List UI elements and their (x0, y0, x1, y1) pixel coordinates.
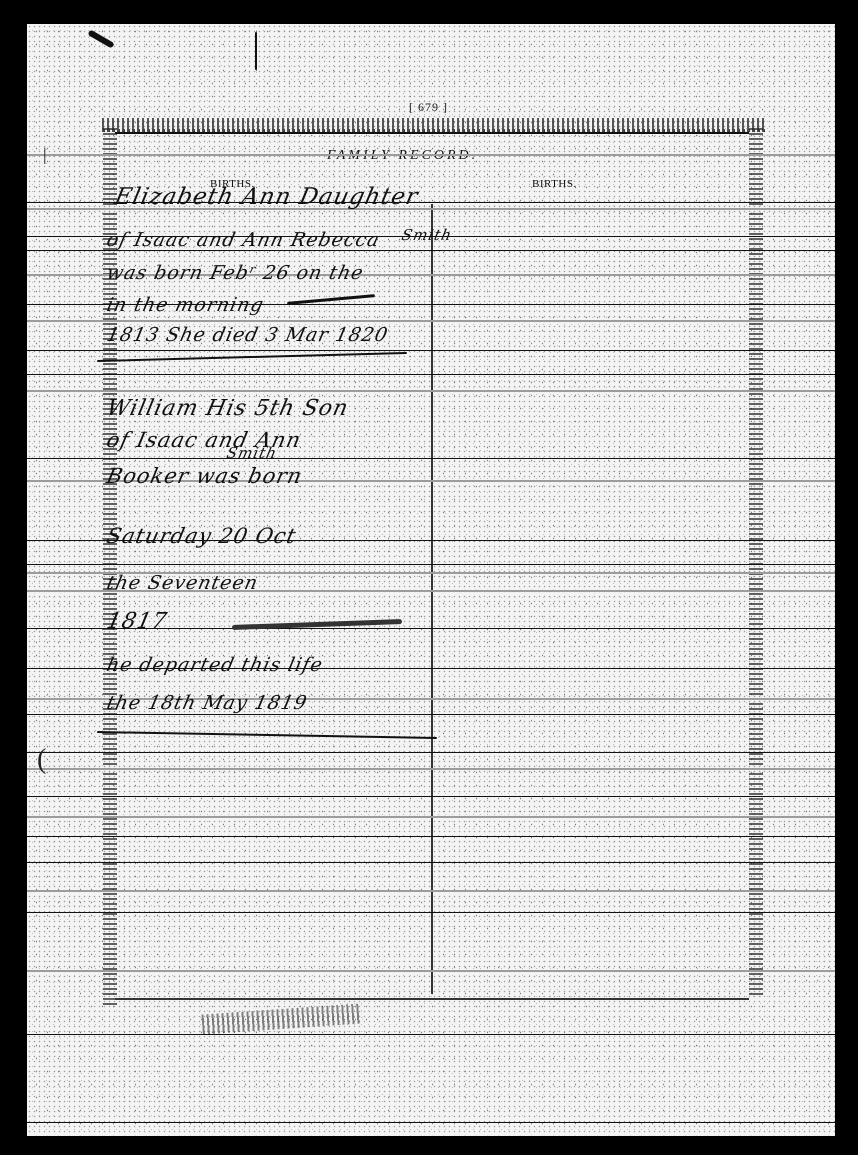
decorative-border-right (749, 128, 763, 996)
ruled-line (27, 816, 835, 818)
entry-2-line-6: 1817 (104, 609, 169, 634)
record-page: [ 679 ] FAMILY RECORD. BIRTHS. BIRTHS. E… (27, 24, 835, 1136)
page-number: [ 679 ] (409, 100, 448, 115)
entry-2-note: Smith (225, 444, 279, 462)
ruled-line (27, 768, 835, 770)
ruled-line (27, 970, 835, 972)
entry-1-note: Smith (400, 226, 454, 244)
entry-2-line-8: the 18th May 1819 (105, 692, 310, 714)
ruled-line (27, 320, 835, 322)
margin-mark: ( (37, 744, 46, 776)
ruled-line (27, 796, 835, 797)
decorative-border-top (102, 118, 767, 132)
entry-2-line-1: William His 5th Son (104, 396, 351, 421)
entry-1-line-2: of Isaac and Ann Rebecca (105, 229, 382, 251)
entry-2-line-4: Saturday 20 Oct (104, 524, 298, 548)
column-header-right: BIRTHS. (532, 178, 577, 190)
ruled-line (27, 862, 835, 863)
ink-mark (255, 32, 257, 70)
ruled-line (27, 912, 835, 913)
entry-1-line-3: was born Febʳ 26 on the (105, 262, 366, 284)
ruled-line (27, 154, 835, 156)
ruled-line (27, 890, 835, 892)
entry-2-line-5: the Seventeen (105, 572, 261, 594)
ruled-line (27, 350, 835, 351)
ink-blot (87, 29, 114, 48)
ruled-line (27, 714, 835, 715)
entry-1-line-5: 1813 She died 3 Mar 1820 (105, 324, 391, 346)
entry-2-line-7: he departed this life (105, 654, 325, 676)
entry-1-line-4: in the morning (105, 294, 266, 316)
ruled-line (27, 836, 835, 837)
ruled-line (27, 1034, 835, 1035)
decorative-border-bottom (201, 1003, 362, 1034)
ruled-line (27, 1122, 835, 1123)
entry-1-line-1: Elizabeth Ann Daughter (112, 184, 420, 210)
ruled-line (27, 752, 835, 753)
ruled-line (27, 374, 835, 375)
page-title: FAMILY RECORD. (327, 148, 478, 164)
ruled-line (27, 458, 835, 459)
ruled-line (27, 390, 835, 392)
entry-2-line-3: Booker was born (104, 464, 304, 488)
column-divider (431, 204, 433, 994)
ruled-line (27, 564, 835, 565)
margin-mark: | (43, 144, 47, 165)
